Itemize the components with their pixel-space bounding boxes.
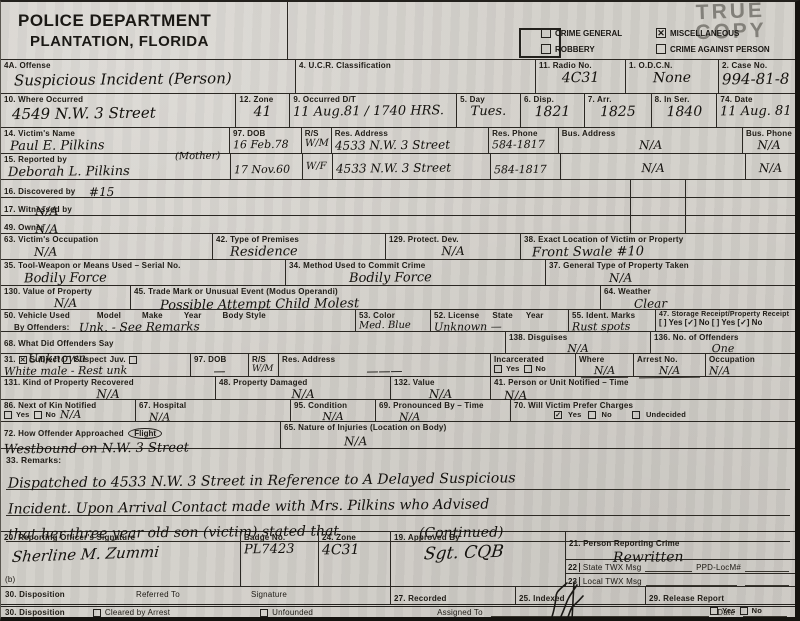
- field-reported-res-phone: 584-1817: [491, 154, 561, 179]
- field-vehicle-color: 53. Color Med. Blue: [356, 310, 431, 331]
- field-reported-rs: W/F: [303, 154, 333, 179]
- row-reported-by: 15. Reported by (Mother) Deborah L. Pilk…: [1, 154, 795, 180]
- field-odcn: 1. O.D.C.N. None: [626, 60, 719, 93]
- subject-checkbox: ✕: [19, 356, 27, 364]
- field-type-of-premises: 42. Type of Premises Residence: [213, 234, 386, 259]
- field-hospital: 67. Hospital N/A: [136, 400, 291, 421]
- row-witnessed-by: 17. Witnessed by N/A: [1, 198, 795, 216]
- field-reported-by: 15. Reported by (Mother) Deborah L. Pilk…: [1, 154, 231, 179]
- form-header: POLICE DEPARTMENT PLANTATION, FLORIDA TR…: [1, 2, 795, 60]
- row-kin-hospital: 86. Next of Kin Notified Yes No N/A 67. …: [1, 400, 795, 422]
- field-discovered-by: 16. Discovered by #15: [1, 180, 631, 197]
- field-weather: 64. Weather Clear: [601, 286, 795, 309]
- crime-general-checkbox: [541, 28, 551, 38]
- approver-signature: Sgt. CQB: [423, 540, 563, 565]
- kin-no-checkbox: [34, 411, 42, 419]
- row-method: 35. Tool-Weapon or Means Used – Serial N…: [1, 260, 795, 286]
- row-where-occurred: 10. Where Occurred 4549 N.W. 3 Street 12…: [1, 94, 795, 128]
- field-case-no: 2. Case No. 994-81-8: [719, 60, 795, 93]
- checkbox-miscellaneous: ✕ MISCELLANEOUS: [656, 28, 739, 38]
- field-subject-dob: 97. DOB —: [191, 354, 249, 376]
- cell-blank-6: [686, 216, 795, 233]
- row-victim: 14. Victim's Name Paul E. Pilkins 97. DO…: [1, 128, 795, 154]
- charges-no-checkbox: [588, 411, 596, 419]
- robbery-checkbox: [541, 44, 551, 54]
- field-victim-bus-phone: Bus. Phone N/A: [743, 128, 795, 153]
- indexed-signature-scribble: [541, 580, 601, 621]
- field-storage-receipt: 47. Storage Receipt/Property Receipt [ ]…: [656, 310, 795, 331]
- field-approved-by: 19. Approved By Sgt. CQB: [391, 532, 566, 586]
- field-subject-rs: R/S W/M: [249, 354, 279, 376]
- field-arr-time: 7. Arr. 1825: [585, 94, 652, 127]
- checkbox-robbery: ROBBERY: [541, 44, 595, 54]
- cell-blank-4: [686, 198, 795, 215]
- department-name: POLICE DEPARTMENT: [18, 11, 284, 31]
- field-zone-24: 24. Zone 4C31: [319, 532, 391, 586]
- field-tool-weapon: 35. Tool-Weapon or Means Used – Serial N…: [1, 260, 286, 285]
- department-title-box: POLICE DEPARTMENT PLANTATION, FLORIDA: [1, 2, 288, 59]
- police-report-form: POLICE DEPARTMENT PLANTATION, FLORIDA TR…: [0, 0, 800, 621]
- field-property-damaged: 48. Property Damaged N/A: [216, 377, 391, 399]
- field-offenders-say: 68. What Did Offenders Say Unknown: [1, 332, 506, 353]
- field-zone: 12. Zone 41: [236, 94, 290, 127]
- field-occurred-dt: 9. Occurred D/T 11 Aug.81 / 1740 HRS.: [290, 94, 457, 127]
- field-victim-res-phone: Res. Phone 584-1817: [489, 128, 559, 153]
- field-disguises: 138. Disguises N/A: [506, 332, 651, 353]
- field-how-approached: 72. How Offender Approached Flight Westb…: [1, 422, 281, 448]
- field-radio-no: 11. Radio No. 4C31: [536, 60, 626, 93]
- field-reported-dob: 17 Nov.60: [231, 154, 303, 179]
- field-license: 52. License State Year Unknown —: [431, 310, 569, 331]
- field-reported-bus-address: N/A: [561, 154, 746, 179]
- department-city: PLANTATION, FLORIDA: [30, 33, 284, 50]
- incarcerated-no-checkbox: [524, 365, 532, 373]
- charges-undecided-checkbox: [632, 411, 640, 419]
- field-no-of-offenders: 136. No. of Offenders One: [651, 332, 795, 353]
- field-owner: 49. Owner N/A: [1, 216, 631, 233]
- field-reported-bus-phone: N/A: [746, 154, 795, 179]
- field-pronounced-by: 69. Pronounced By – Time N/A: [376, 400, 511, 421]
- field-property-recovered: 131. Kind of Property Recovered N/A: [1, 377, 216, 399]
- officer-signature: Sherline M. Zummi: [11, 540, 238, 566]
- field-method-used: 34. Method Used to Commit Crime Bodily F…: [286, 260, 546, 285]
- crime-against-person-checkbox: [656, 44, 666, 54]
- field-next-of-kin: 86. Next of Kin Notified Yes No N/A: [1, 400, 136, 421]
- field-date: 74. Date 11 Aug. 81: [717, 94, 795, 127]
- field-property-taken: 37. General Type of Property Taken N/A: [546, 260, 795, 285]
- row-disposition-header: 30. Disposition Referred To Signature 27…: [1, 587, 795, 607]
- field-victim-name: 14. Victim's Name Paul E. Pilkins: [1, 128, 230, 153]
- row-vehicle: 50. Vehicle Used Model Make Year Body St…: [1, 310, 795, 332]
- row-offense: 4A. Offense Suspicious Incident (Person)…: [1, 60, 795, 94]
- field-ucr-classification: 4. U.C.R. Classification: [296, 60, 536, 93]
- juv-checkbox: [129, 356, 137, 364]
- miscellaneous-checkbox: ✕: [656, 28, 666, 38]
- field-value-of-property: 130. Value of Property N/A: [1, 286, 131, 309]
- field-where-occurred: 10. Where Occurred 4549 N.W. 3 Street: [1, 94, 236, 127]
- field-arrest-no: Arrest No. N/A: [634, 354, 706, 376]
- cell-blank-2: [686, 180, 795, 197]
- field-ident-marks: 55. Ident. Marks Rust spots: [569, 310, 656, 331]
- row-premises: 63. Victim's Occupation N/A 42. Type of …: [1, 234, 795, 260]
- field-badge-no: Badge No. PL7423: [241, 532, 319, 586]
- field-victim-dob: 97. DOB 16 Feb.78: [230, 128, 302, 153]
- field-prefer-charges: 70. Will Victim Prefer Charges ✓ Yes No …: [511, 400, 795, 421]
- checkbox-crime-general: CRIME GENERAL: [541, 28, 622, 38]
- remarks-section: 33. Remarks: Dispatched to 4533 N.W. 3 S…: [1, 449, 795, 532]
- local-twx-line: [646, 577, 737, 586]
- row-offenders-say: 68. What Did Offenders Say Unknown 138. …: [1, 332, 795, 354]
- field-incarcerated: Incarcerated Yes No: [491, 354, 576, 376]
- cell-blank-5: [631, 216, 686, 233]
- mother-note: (Mother): [175, 151, 220, 162]
- flight-circled-label: Flight: [128, 428, 162, 439]
- field-recorded: 27. Recorded: [391, 587, 516, 604]
- kin-yes-checkbox: [4, 411, 12, 419]
- incarcerated-yes-checkbox: [494, 365, 502, 373]
- person-reporting-block: 21. Person Reporting Crime Rewritten 22 …: [566, 532, 795, 586]
- field-condition: 95. Condition N/A: [291, 400, 376, 421]
- field-disp-time: 6. Disp. 1821: [521, 94, 585, 127]
- field-exact-location: 38. Exact Location of Victim or Property…: [521, 234, 795, 259]
- field-subject-res-address: Res. Address ———: [279, 354, 491, 376]
- field-where-incarcerated: Where N/A: [576, 354, 634, 376]
- charges-yes-checkbox: ✓: [554, 411, 562, 419]
- field-protect-dev: 129. Protect. Dev. N/A: [386, 234, 521, 259]
- cell-blank-3: [631, 198, 686, 215]
- field-reported-res-address: 4533 N.W. 3 Street: [333, 154, 491, 179]
- remarks-line-1: Dispatched to 4533 N.W. 3 Street in Refe…: [6, 468, 790, 490]
- field-witnessed-by: 17. Witnessed by N/A: [1, 198, 631, 215]
- remarks-line-2: Incident. Upon Arrival Contact made with…: [6, 490, 790, 516]
- field-victim-bus-address: Bus. Address N/A: [559, 128, 743, 153]
- field-vehicle-used: 50. Vehicle Used Model Make Year Body St…: [1, 310, 356, 331]
- disposition-header-cell: 30. Disposition Referred To Signature: [1, 587, 391, 604]
- field-victim-occupation: 63. Victim's Occupation N/A: [1, 234, 213, 259]
- row-property: 131. Kind of Property Recovered N/A 48. …: [1, 377, 795, 400]
- cleared-by-arrest-checkbox: [93, 609, 101, 617]
- row-disposition-bottom: 30. Disposition Cleared by Arrest Unfoun…: [1, 607, 795, 621]
- field-victim-rs: R/S W/M: [302, 128, 332, 153]
- row-subject: 31. ✕ Subject Suspect Juv. White male - …: [1, 354, 795, 377]
- row-discovered-by: 16. Discovered by #15: [1, 180, 795, 198]
- field-nature-of-injuries: 65. Nature of Injuries (Location on Body…: [281, 422, 795, 448]
- row-signatures: 20. Reporting Officer's Signature Sherli…: [1, 532, 795, 587]
- field-offense: 4A. Offense Suspicious Incident (Person): [1, 60, 296, 93]
- field-subject-occupation: Occupation N/A: [706, 354, 795, 376]
- field-subject-suspect: 31. ✕ Subject Suspect Juv. White male - …: [1, 354, 191, 376]
- header-right: TRUE COPY CRIME GENERAL ROBBERY ✕ MISCEL…: [288, 2, 795, 59]
- row-owner: 49. Owner N/A: [1, 216, 795, 234]
- field-unit-notified: 41. Person or Unit Notified – Time N/A: [491, 377, 795, 399]
- field-officer-signature: 20. Reporting Officer's Signature Sherli…: [1, 532, 241, 586]
- suspect-checkbox: [63, 356, 71, 364]
- checkbox-crime-against-person: CRIME AGAINST PERSON: [656, 44, 770, 54]
- row-approached: 72. How Offender Approached Flight Westb…: [1, 422, 795, 449]
- field-in-ser-time: 8. In Ser. 1840: [652, 94, 718, 127]
- field-day: 5. Day Tues.: [457, 94, 521, 127]
- field-victim-res-address: Res. Address 4533 N.W. 3 Street: [332, 128, 489, 153]
- row-modus: 130. Value of Property N/A 45. Trade Mar…: [1, 286, 795, 310]
- field-release-report: 29. Release Report Yes No: [646, 587, 795, 604]
- cell-blank-1: [631, 180, 686, 197]
- unfounded-checkbox: [260, 609, 268, 617]
- field-modus-operandi: 45. Trade Mark or Unusual Event (Modus O…: [131, 286, 601, 309]
- field-value-132: 132. Value N/A: [391, 377, 491, 399]
